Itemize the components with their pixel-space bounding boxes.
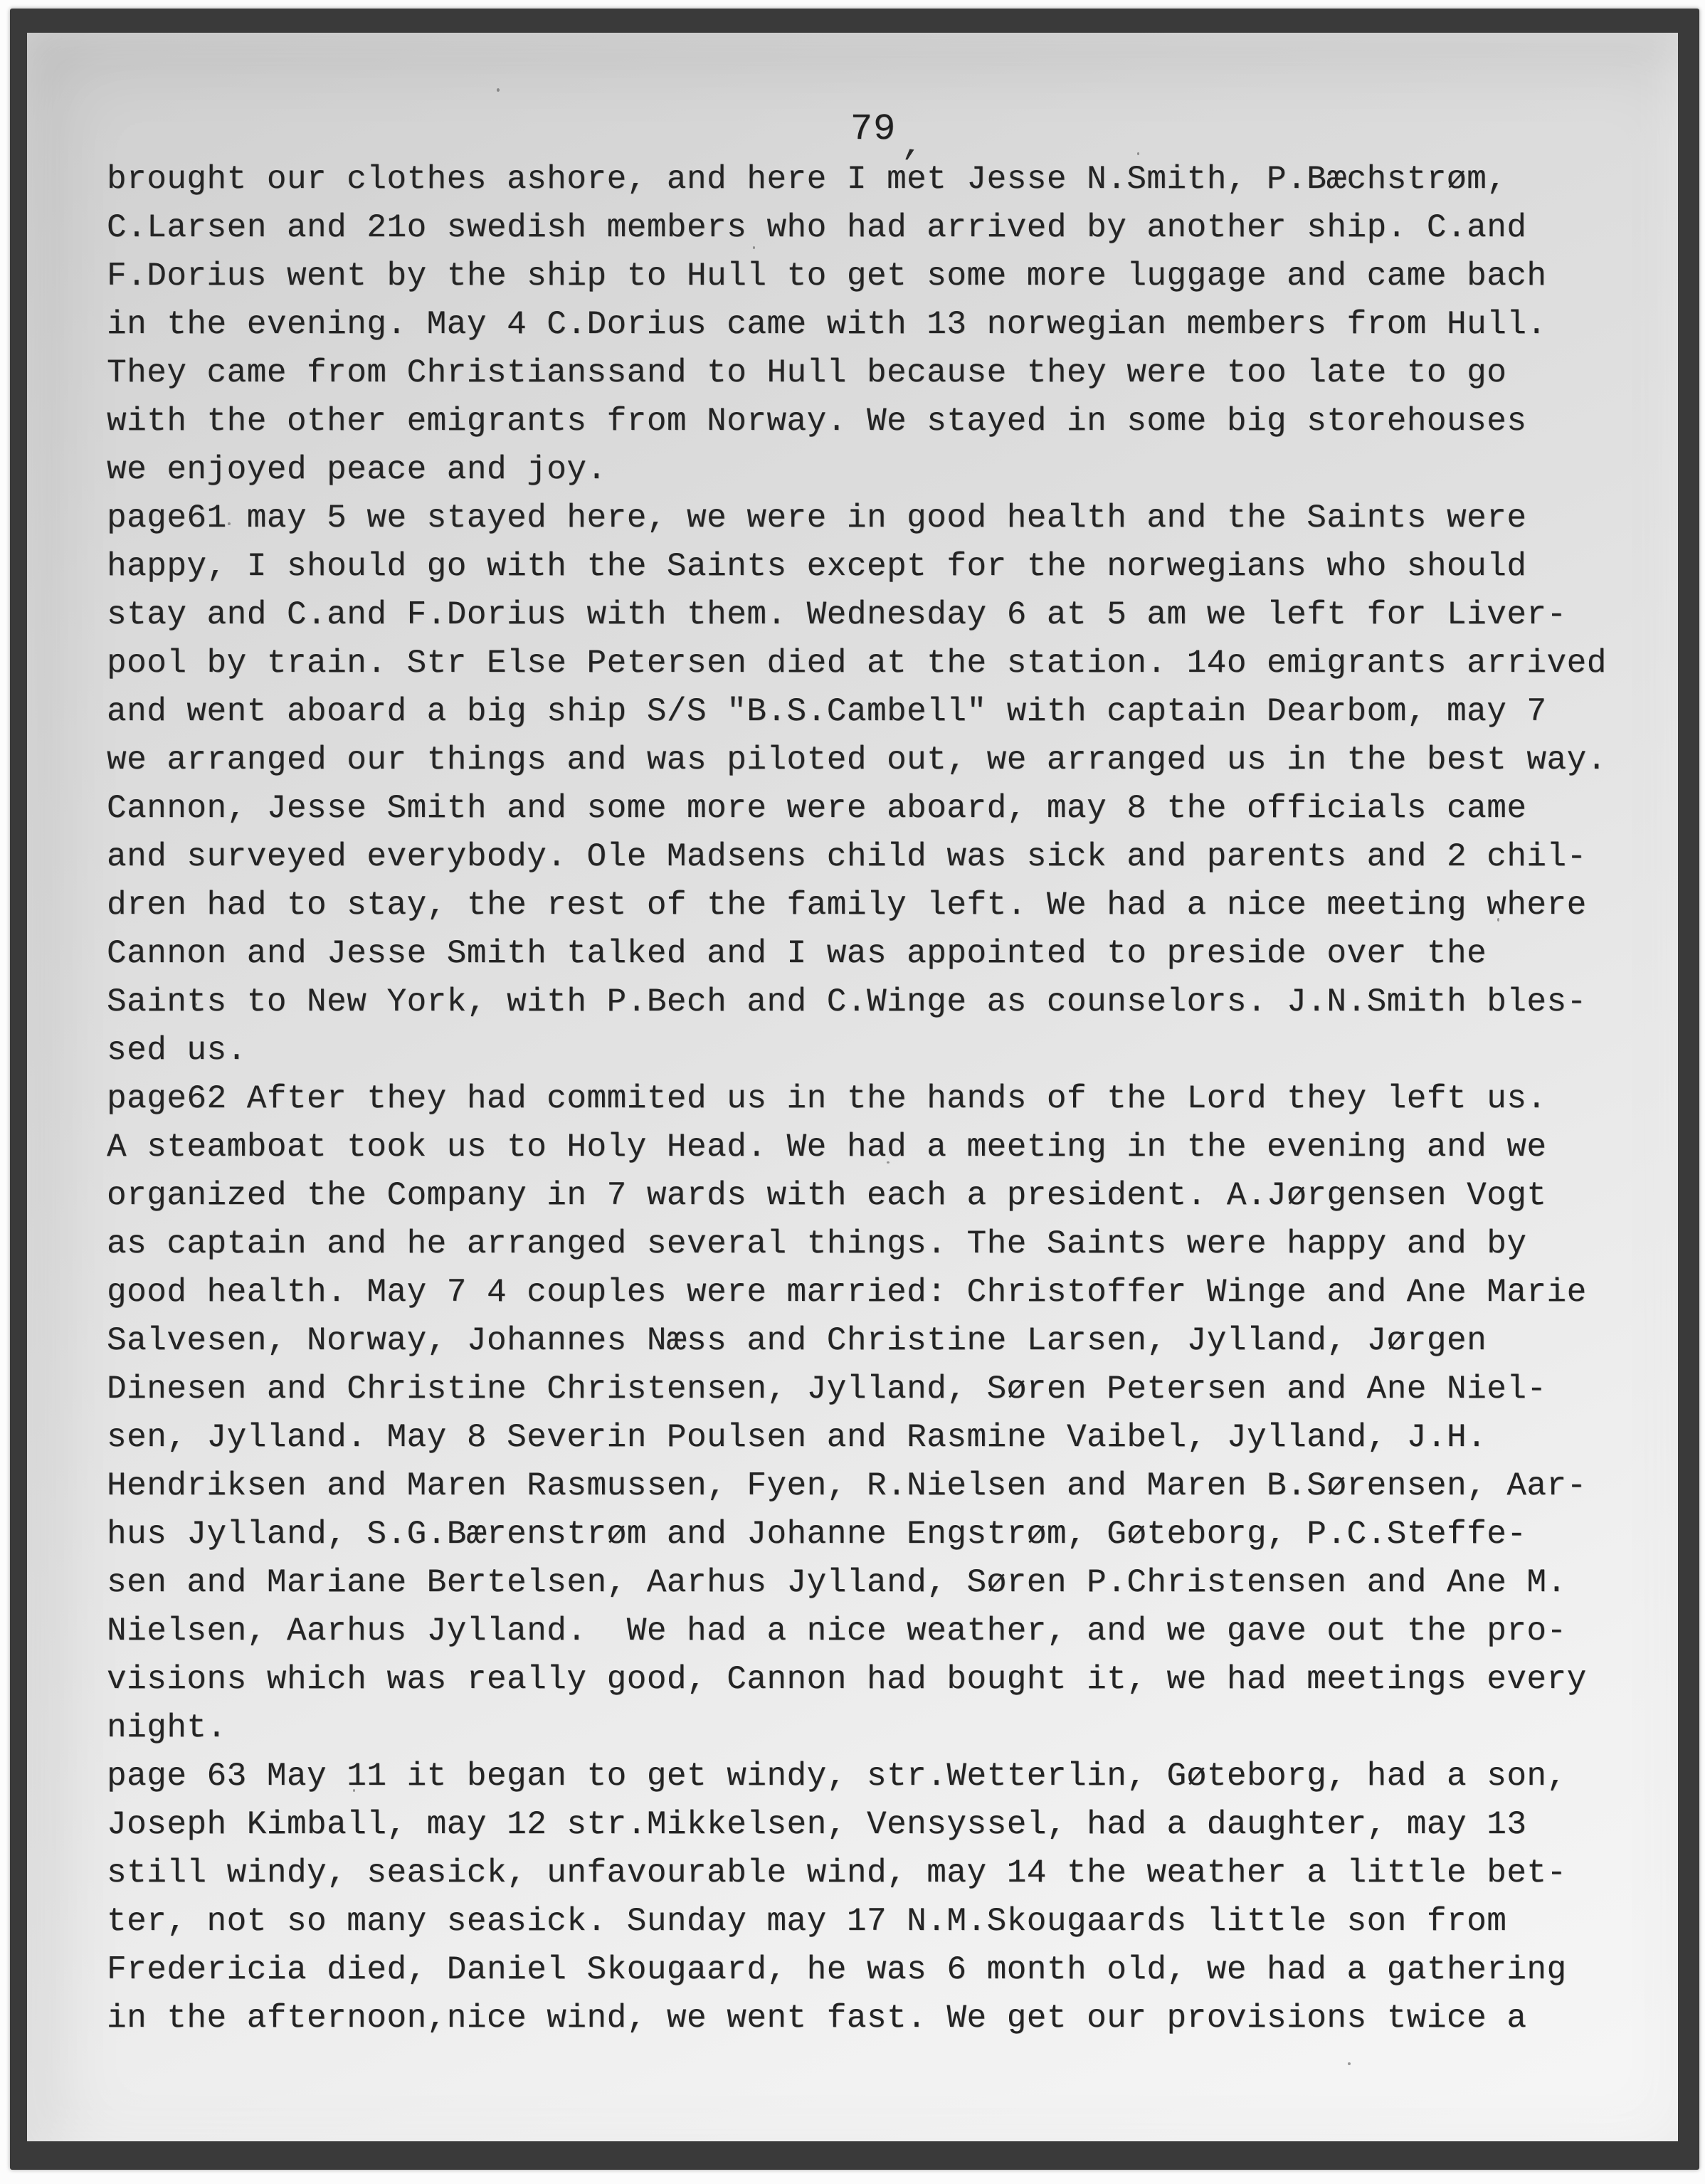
scan-speck — [228, 522, 231, 525]
text-line: page61 may 5 we stayed here, we were in … — [107, 494, 1649, 542]
text-line: we enjoyed peace and joy. — [107, 445, 1649, 494]
text-line: Saints to New York, with P.Bech and C.Wi… — [107, 978, 1649, 1026]
text-line: Nielsen, Aarhus Jylland. We had a nice w… — [107, 1607, 1649, 1655]
scan-frame-border: 79, brought our clothes ashore, and here… — [10, 9, 1699, 2170]
page-number-row: 79, — [107, 95, 917, 163]
text-line: with the other emigrants from Norway. We… — [107, 397, 1649, 445]
text-line: ter, not so many seasick. Sunday may 17 … — [107, 1897, 1649, 1946]
scan-background: 79, brought our clothes ashore, and here… — [0, 0, 1705, 2184]
scan-speck — [1497, 918, 1499, 922]
text-block: brought our clothes ashore, and here I m… — [107, 155, 1649, 2042]
text-line: F.Dorius went by the ship to Hull to get… — [107, 252, 1649, 300]
text-line: organized the Company in 7 wards with ea… — [107, 1171, 1649, 1220]
text-line: pool by train. Str Else Petersen died at… — [107, 639, 1649, 687]
text-line: good health. May 7 4 couples were marrie… — [107, 1268, 1649, 1317]
document-page: 79, brought our clothes ashore, and here… — [27, 33, 1678, 2141]
scan-speck — [353, 1789, 355, 1792]
text-line: in the evening. May 4 C.Dorius came with… — [107, 300, 1649, 349]
text-line: and went aboard a big ship S/S "B.S.Camb… — [107, 687, 1649, 736]
text-line: A steamboat took us to Holy Head. We had… — [107, 1123, 1649, 1171]
text-line: we arranged our things and was piloted o… — [107, 736, 1649, 784]
text-line: They came from Christianssand to Hull be… — [107, 349, 1649, 397]
text-line: Fredericia died, Daniel Skougaard, he wa… — [107, 1946, 1649, 1994]
scan-speck — [195, 1003, 197, 1006]
text-line: Hendriksen and Maren Rasmussen, Fyen, R.… — [107, 1462, 1649, 1510]
text-line: sed us. — [107, 1026, 1649, 1075]
scan-speck — [887, 1161, 890, 1164]
scan-speck — [497, 88, 500, 92]
text-line: Joseph Kimball, may 12 str.Mikkelsen, Ve… — [107, 1800, 1649, 1849]
text-line: as captain and he arranged several thing… — [107, 1220, 1649, 1268]
text-line: Salvesen, Norway, Johannes Næss and Chri… — [107, 1317, 1649, 1365]
text-line: dren had to stay, the rest of the family… — [107, 881, 1649, 929]
text-line: sen, Jylland. May 8 Severin Poulsen and … — [107, 1413, 1649, 1462]
text-line: Cannon and Jesse Smith talked and I was … — [107, 929, 1649, 978]
text-line: and surveyed everybody. Ole Madsens chil… — [107, 833, 1649, 881]
text-line: hus Jylland, S.G.Bærenstrøm and Johanne … — [107, 1510, 1649, 1558]
text-line: page62 After they had commited us in the… — [107, 1075, 1649, 1123]
text-line: page 63 May 11 it began to get windy, st… — [107, 1752, 1649, 1800]
text-line: brought our clothes ashore, and here I m… — [107, 155, 1649, 204]
text-line: still windy, seasick, unfavourable wind,… — [107, 1849, 1649, 1897]
text-line: sen and Mariane Bertelsen, Aarhus Jyllan… — [107, 1558, 1649, 1607]
scan-speck — [1137, 152, 1139, 155]
text-line: happy, I should go with the Saints excep… — [107, 542, 1649, 591]
scan-speck — [753, 246, 755, 249]
scan-speck — [1348, 2062, 1351, 2065]
text-line: night. — [107, 1704, 1649, 1752]
text-line: Dinesen and Christine Christensen, Jylla… — [107, 1365, 1649, 1413]
text-line: stay and C.and F.Dorius with them. Wedne… — [107, 591, 1649, 639]
text-line: Cannon, Jesse Smith and some more were a… — [107, 784, 1649, 833]
text-line: in the afternoon,nice wind, we went fast… — [107, 1994, 1649, 2042]
page-number: 79 — [162, 108, 896, 150]
text-line: C.Larsen and 21o swedish members who had… — [107, 204, 1649, 252]
text-line: visions which was really good, Cannon ha… — [107, 1655, 1649, 1704]
